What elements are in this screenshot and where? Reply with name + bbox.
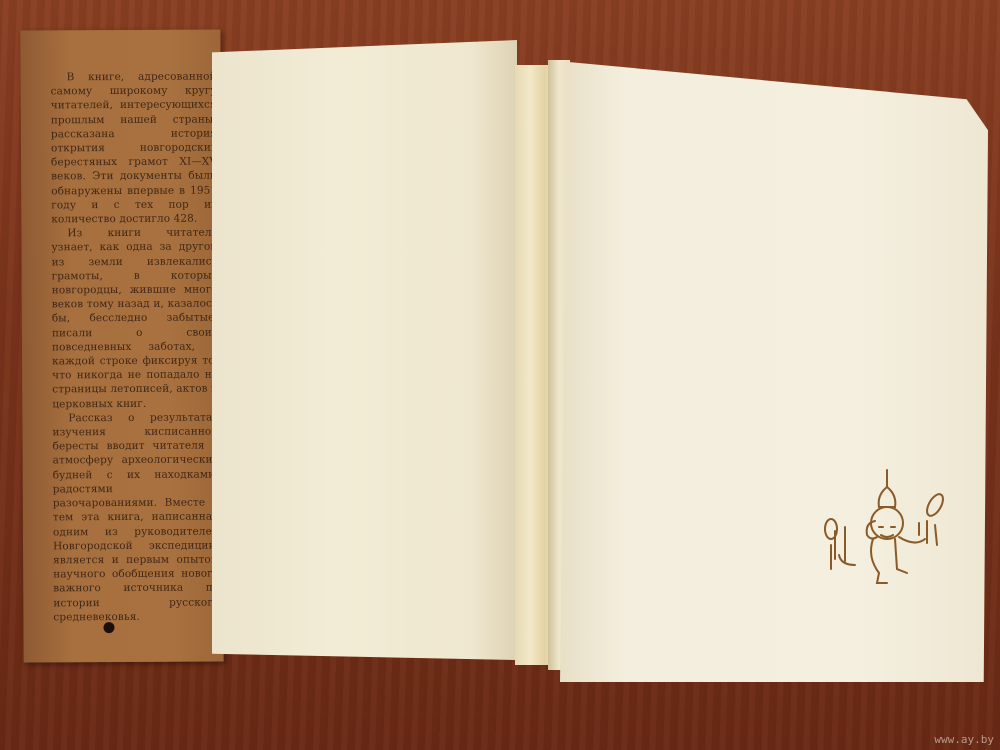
punch-hole: [103, 622, 114, 633]
flap-paragraph-3: Рассказ о результатах изучения кисписанн…: [52, 410, 219, 624]
watermark-text: www.ay.by: [934, 733, 994, 746]
jacket-flap: В книге, адресованной самому широкому кр…: [20, 29, 223, 662]
novgorod-figure-emblem-icon: [815, 465, 955, 595]
flap-paragraph-2: Из книги читатель узнает, как одна за др…: [51, 226, 218, 412]
flap-paragraph-1: В книге, адресованной самому широкому кр…: [51, 70, 218, 227]
inner-left-page: [212, 40, 517, 660]
flap-blurb: В книге, адресованной самому широкому кр…: [51, 70, 220, 625]
